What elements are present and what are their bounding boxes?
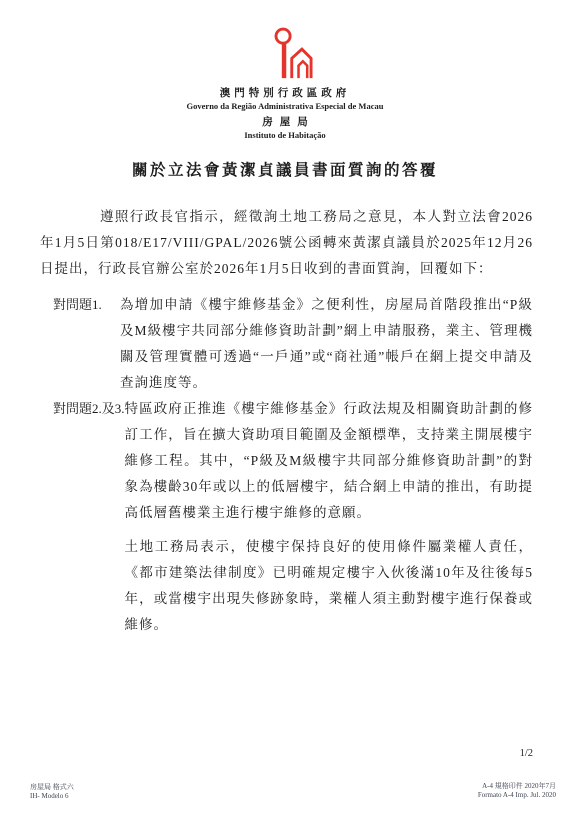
letterhead: 澳門特別行政區政府 Governo da Região Administrati… bbox=[0, 0, 570, 140]
document-title: 關於立法會黃潔貞議員書面質詢的答覆 bbox=[0, 158, 570, 180]
answer-paragraph: 土地工務局表示，使樓宇保持良好的使用條件屬業權人責任，《都市建築法律制度》已明確… bbox=[125, 534, 533, 638]
bureau-name-chinese: 房屋局 bbox=[0, 114, 570, 129]
answer-1-body: 為增加申請《樓宇維修基金》之便利性，房屋局首階段推出“P級及M級樓宇共同部分維修… bbox=[120, 292, 533, 396]
answer-2-3-body: 特區政府正推進《樓宇維修基金》行政法規及相關資助計劃的修訂工作，旨在擴大資助項目… bbox=[125, 396, 533, 638]
answer-section-1: 對問題1. 為增加申請《樓宇維修基金》之便利性，房屋局首階段推出“P級及M級樓宇… bbox=[53, 292, 533, 396]
print-format-portuguese: Formato A-4 Imp. Jul. 2020 bbox=[478, 791, 556, 800]
form-reference-portuguese: IH- Modelo 6 bbox=[30, 792, 74, 801]
answer-paragraph: 特區政府正推進《樓宇維修基金》行政法規及相關資助計劃的修訂工作，旨在擴大資助項目… bbox=[125, 396, 533, 526]
print-format-chinese: A-4 規格印件 2020年7月 bbox=[478, 782, 556, 791]
document-page: 澳門特別行政區政府 Governo da Região Administrati… bbox=[0, 0, 570, 820]
government-name-portuguese: Governo da Região Administrativa Especia… bbox=[0, 101, 570, 111]
person-house-logo-icon bbox=[257, 26, 313, 82]
answer-section-2-3: 對問題2.及3. 特區政府正推進《樓宇維修基金》行政法規及相關資助計劃的修訂工作… bbox=[53, 396, 533, 638]
form-reference-chinese: 房屋局 格式六 bbox=[30, 783, 74, 792]
answer-paragraph: 為增加申請《樓宇維修基金》之便利性，房屋局首階段推出“P級及M級樓宇共同部分維修… bbox=[120, 292, 533, 396]
question-1-label: 對問題1. bbox=[53, 292, 120, 396]
bureau-name-portuguese: Instituto de Habitação bbox=[0, 130, 570, 140]
print-format-note: A-4 規格印件 2020年7月 Formato A-4 Imp. Jul. 2… bbox=[478, 782, 556, 800]
government-name-chinese: 澳門特別行政區政府 bbox=[0, 85, 570, 100]
page-number: 1/2 bbox=[520, 748, 533, 759]
form-reference: 房屋局 格式六 IH- Modelo 6 bbox=[30, 783, 74, 801]
question-2-3-label: 對問題2.及3. bbox=[53, 396, 125, 638]
intro-paragraph: 遵照行政長官指示，經徵詢土地工務局之意見，本人對立法會2026年1月5日第018… bbox=[40, 204, 533, 282]
